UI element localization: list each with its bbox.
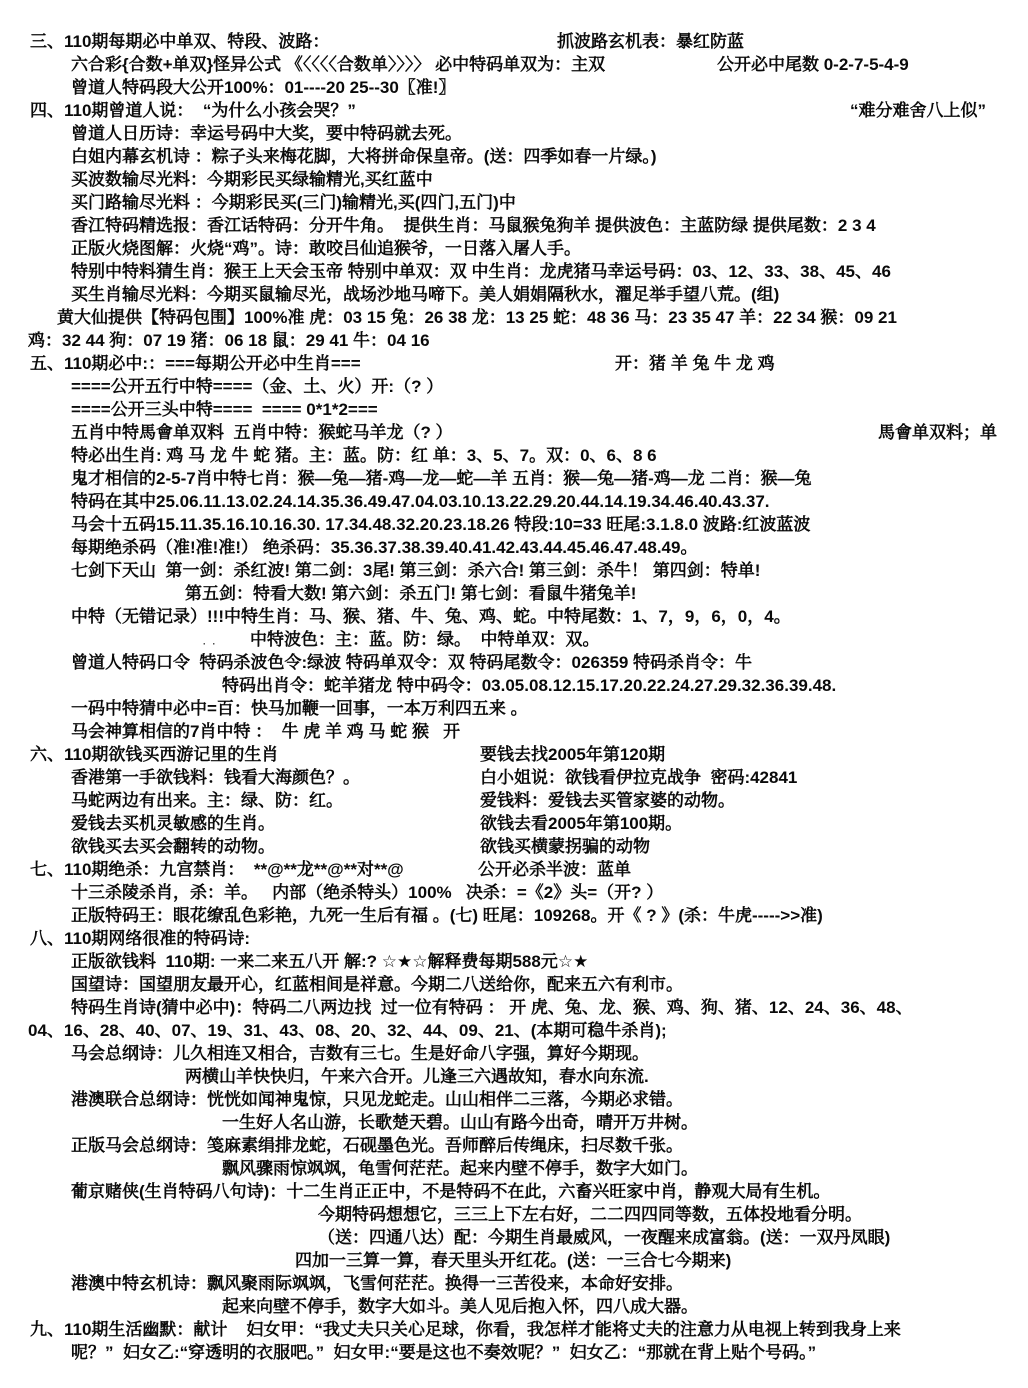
text-line-right: “难分难舍八上似” — [850, 99, 986, 122]
text-line: 两横山羊快快归，午来六合开。儿逢三六遇故知，春水向东流. — [0, 1065, 1028, 1088]
text-line: 特码在其中25.06.11.13.02.24.14.35.36.49.47.04… — [0, 490, 1028, 513]
text-line-left: 鬼才相信的2-5-7肖中特七肖：猴—兔—猪-鸡—龙—蛇—羊 五肖：猴—兔—猪-鸡… — [71, 467, 811, 490]
text-line: 香港第一手欲钱料：钱看大海颜色？。白小姐说：欲钱看伊拉克战争 密码:42841 — [0, 766, 1028, 789]
text-line-left: 六、110期欲钱买西游记里的生肖 — [30, 743, 278, 766]
text-line: 每期绝杀码（准!准!准!） 绝杀码：35.36.37.38.39.40.41.4… — [0, 536, 1028, 559]
text-line-left: 欲钱买去买会翻转的动物。 — [71, 835, 275, 858]
text-line-left: 第五剑：特看大数! 第六剑：杀五门! 第七剑：看鼠牛猪兔羊! — [185, 582, 636, 605]
text-line: 中特波色：主：蓝。防：绿。 中特单双：双。 — [0, 628, 1028, 651]
text-line-right: 要钱去找2005年第120期 — [480, 743, 665, 766]
text-line: 白姐内幕玄机诗 ：粽子头来梅花脚，大将拼命保皇帝。(送：四季如春一片绿。) — [0, 145, 1028, 168]
text-line: 买生肖输尽光料：今期买鼠输尽光，战场沙地马啼下。美人娟娟隔秋水，濯足举手望八荒。… — [0, 283, 1028, 306]
text-line-left: 中特波色：主：蓝。防：绿。 中特单双：双。 — [250, 628, 599, 651]
text-line-left: 香港第一手欲钱料：钱看大海颜色？。 — [71, 766, 360, 789]
text-line-left: 正版火烧图解：火烧“鸡”。诗：敢咬吕仙追猴爷，一日落入屠人手。 — [71, 237, 581, 260]
text-line: 买波数输尽光料：今期彩民买绿输精光,买红蓝中 — [0, 168, 1028, 191]
text-line-left: 黄大仙提供【特码包围】100%准 虎：03 15 兔：26 38 龙：13 25… — [57, 306, 897, 329]
text-line: 六、110期欲钱买西游记里的生肖要钱去找2005年第120期 — [0, 743, 1028, 766]
text-line-left: 一生好人名山游，长歌楚天碧。山山有路今出奇，晴开万井树。 — [222, 1111, 698, 1134]
text-line: 特码生肖诗(猜中必中)：特码二八两边找 过一位有特码 ： 开 虎、兔、龙、猴、鸡… — [0, 996, 1028, 1019]
text-line-left: 中特（无错记录）!!!中特生肖：马、猴、猪、牛、兔、鸡、蛇。中特尾数：1、7，9… — [71, 605, 791, 628]
text-line: 六合彩{合数+单双}怪异公式 《〈〈〈〈合数单〉〉〉〉 必中特码单双为：主双公开… — [0, 53, 1028, 76]
text-line-left: ====公开五行中特====（金、土、火）开:（? ） — [71, 375, 443, 398]
section-nine: 九、110期生活幽默：献计 妇女甲：“我丈夫只关心足球，你看，我怎样才能将丈夫的… — [0, 1318, 1028, 1364]
text-line-left: 马会总纲诗：儿久相连又相合，吉数有三七。生是好命八字强，算好今期现。 — [71, 1042, 649, 1065]
text-line-left: 买门路输尽光料 ：今期彩民买(三门)输精光,买(四门,五门)中 — [71, 191, 516, 214]
text-line-left: 国望诗：国望朋友最开心，红蓝相间是祥意。今期二八送给你，配来五六有利市。 — [71, 973, 683, 996]
text-line-left: 特码生肖诗(猜中必中)：特码二八两边找 过一位有特码 ： 开 虎、兔、龙、猴、鸡… — [71, 996, 913, 1019]
text-line-left: 八、110期网络很准的特码诗: — [30, 927, 250, 950]
section-seven: 七、110期绝杀：九宫禁肖： **@**龙**@**对**@公开必杀半波：蓝单十… — [0, 858, 1028, 927]
text-line-right: 白小姐说：欲钱看伊拉克战争 密码:42841 — [480, 766, 797, 789]
text-line: 港澳中特玄机诗：飘风聚雨际飒飒，飞雪何茫茫。换得一三苦役来，本命好安排。 — [0, 1272, 1028, 1295]
text-line: 港澳联合总纲诗：恍恍如闻神鬼惊，只见龙蛇走。山山相伴二三落，今期必求错。 — [0, 1088, 1028, 1111]
text-line: 第五剑：特看大数! 第六剑：杀五门! 第七剑：看鼠牛猪兔羊! — [0, 582, 1028, 605]
section-six: 六、110期欲钱买西游记里的生肖要钱去找2005年第120期香港第一手欲钱料：钱… — [0, 743, 1028, 858]
lottery-tips-page: 三、110期每期必中单双、特段、波路：抓波路玄机表：暴红防蓝六合彩{合数+单双}… — [0, 0, 1028, 1388]
text-line: 飘风骤雨惊飒飒，龟雪何茫茫。起来内壁不停手，数字大如门。 — [0, 1157, 1028, 1180]
text-line-left: 买生肖输尽光料：今期买鼠输尽光，战场沙地马啼下。美人娟娟隔秋水，濯足举手望八荒。… — [71, 283, 779, 306]
text-line: ====公开三头中特==== ==== 0*1*2=== — [0, 398, 1028, 421]
text-line: 三、110期每期必中单双、特段、波路：抓波路玄机表：暴红防蓝 — [0, 30, 1028, 53]
text-line: 欲钱买去买会翻转的动物。欲钱买横蒙拐骗的动物 — [0, 835, 1028, 858]
text-line-left: 买波数输尽光料：今期彩民买绿输精光,买红蓝中 — [71, 168, 433, 191]
section-four: 四、110期曾道人说： “为什么小孩会哭？”“难分难舍八上似”曾道人日历诗：幸运… — [0, 99, 1028, 352]
text-line-left: 正版马会总纲诗：笺麻素绢排龙蛇，石砚墨色光。吾师醉后传绳床，扫尽数千张。 — [71, 1134, 683, 1157]
text-line: 曾道人特码段大公开100%：01----20 25--30〖准!〗 — [0, 76, 1028, 99]
text-line-left: 特码出肖令：蛇羊猪龙 特中码令：03.05.08.12.15.17.20.22.… — [222, 674, 836, 697]
text-line-right: 公开必中尾数 0-2-7-5-4-9 — [717, 53, 909, 76]
text-line-left: 马会十五码15.11.35.16.10.16.30. 17.34.48.32.2… — [71, 513, 810, 536]
text-line-left: 马会神算相信的7肖中特 ： 牛 虎 羊 鸡 马 蛇 猴 开 — [71, 720, 460, 743]
text-line-left: 特码在其中25.06.11.13.02.24.14.35.36.49.47.04… — [71, 490, 770, 513]
text-line: 正版火烧图解：火烧“鸡”。诗：敢咬吕仙追猴爷，一日落入屠人手。 — [0, 237, 1028, 260]
text-line-left: 曾道人特码段大公开100%：01----20 25--30〖准!〗 — [71, 76, 455, 99]
text-line-left: 五、110期必中:：===每期公开必中生肖=== — [30, 352, 361, 375]
text-line-left: ====公开三头中特==== ==== 0*1*2=== — [71, 398, 378, 421]
text-line-left: 葡京赌侠(生肖特码八句诗)：十二生肖正正中，不是特码不在此，六畜兴旺家中肖，静观… — [71, 1180, 830, 1203]
text-line: 马会总纲诗：儿久相连又相合，吉数有三七。生是好命八字强，算好今期现。 — [0, 1042, 1028, 1065]
text-line: 十三杀陵杀肖，杀：羊。 内部（绝杀特头）100% 决杀：=《2》头=（开? ） — [0, 881, 1028, 904]
text-line-left: 四加一三算一算，春天里头开红花。(送：一三合七今期来) — [295, 1249, 731, 1272]
text-line-left: 特别中特料猜生肖：猴王上天会玉帝 特别中单双：双 中生肖：龙虎猪马幸运号码：03… — [71, 260, 891, 283]
text-line-left: 五肖中特馬會单双料 五肖中特：猴蛇马羊龙（? ） — [71, 421, 453, 444]
document-lines: 三、110期每期必中单双、特段、波路：抓波路玄机表：暴红防蓝六合彩{合数+单双}… — [0, 30, 1028, 1364]
section-eight: 八、110期网络很准的特码诗:正版欲钱料 110期: 一来二来五八开 解:? ☆… — [0, 927, 1028, 1318]
text-line: 四、110期曾道人说： “为什么小孩会哭？”“难分难舍八上似” — [0, 99, 1028, 122]
text-line-left: 呢？” 妇女乙:“穿透明的衣服吧。” 妇女甲:“要是这也不奏效呢？” 妇女乙：“… — [71, 1341, 816, 1364]
text-line-left: 十三杀陵杀肖，杀：羊。 内部（绝杀特头）100% 决杀：=《2》头=（开? ） — [71, 881, 663, 904]
section-three: 三、110期每期必中单双、特段、波路：抓波路玄机表：暴红防蓝六合彩{合数+单双}… — [0, 30, 1028, 99]
text-line: 特码出肖令：蛇羊猪龙 特中码令：03.05.08.12.15.17.20.22.… — [0, 674, 1028, 697]
text-line: 爱钱去买机灵敏感的生肖。欲钱去看2005年第100期。 — [0, 812, 1028, 835]
text-line: 一生好人名山游，长歌楚天碧。山山有路今出奇，晴开万井树。 — [0, 1111, 1028, 1134]
text-line: 中特（无错记录）!!!中特生肖：马、猴、猪、牛、兔、鸡、蛇。中特尾数：1、7，9… — [0, 605, 1028, 628]
text-line-right: 欲钱买横蒙拐骗的动物 — [480, 835, 650, 858]
text-line-right: 欲钱去看2005年第100期。 — [480, 812, 682, 835]
text-line-left: 香江特码精选报：香江话特码：分开牛角。 提供生肖：马鼠猴兔狗羊 提供波色：主蓝防… — [71, 214, 876, 237]
text-line: 马会十五码15.11.35.16.10.16.30. 17.34.48.32.2… — [0, 513, 1028, 536]
text-line-left: （送：四通八达）配：今期生肖最威风，一夜醒来成富翁。(送：一双丹凤眼) — [318, 1226, 890, 1249]
text-line: 香江特码精选报：香江话特码：分开牛角。 提供生肖：马鼠猴兔狗羊 提供波色：主蓝防… — [0, 214, 1028, 237]
text-line: 特必出生肖: 鸡 马 龙 牛 蛇 猪。主：蓝。防：红 单：3、5、7。双：0、6… — [0, 444, 1028, 467]
text-line: 黄大仙提供【特码包围】100%准 虎：03 15 兔：26 38 龙：13 25… — [0, 306, 1028, 329]
text-line-left: 特必出生肖: 鸡 马 龙 牛 蛇 猪。主：蓝。防：红 单：3、5、7。双：0、6… — [71, 444, 657, 467]
text-line: 国望诗：国望朋友最开心，红蓝相间是祥意。今期二八送给你，配来五六有利市。 — [0, 973, 1028, 996]
text-line-left: 起来向壁不停手，数字大如斗。美人见后抱入怀，四八成大器。 — [222, 1295, 698, 1318]
text-line-left: 白姐内幕玄机诗 ：粽子头来梅花脚，大将拼命保皇帝。(送：四季如春一片绿。) — [71, 145, 657, 168]
text-line: 八、110期网络很准的特码诗: — [0, 927, 1028, 950]
text-line: 04、16、28、40、07、19、31、43、08、20、32、44、09、2… — [0, 1019, 1028, 1042]
text-line-left: 马蛇两边有出来。主：绿、防：红。 — [71, 789, 343, 812]
text-line: 买门路输尽光料 ：今期彩民买(三门)输精光,买(四门,五门)中 — [0, 191, 1028, 214]
text-line: 呢？” 妇女乙:“穿透明的衣服吧。” 妇女甲:“要是这也不奏效呢？” 妇女乙：“… — [0, 1341, 1028, 1364]
text-line-left: 七、110期绝杀：九宫禁肖： **@**龙**@**对**@ — [30, 858, 404, 881]
section-five: 五、110期必中:：===每期公开必中生肖===开：猪 羊 兔 牛 龙 鸡===… — [0, 352, 1028, 743]
text-line: 正版特码王：眼花缭乱色彩艳，九死一生后有福 。(七) 旺尾：109268。开《 … — [0, 904, 1028, 927]
text-line-left: 三、110期每期必中单双、特段、波路： — [30, 30, 329, 53]
text-line-left: 每期绝杀码（准!准!准!） 绝杀码：35.36.37.38.39.40.41.4… — [71, 536, 697, 559]
text-line: 一码中特猜中必中=百：快马加鞭一回事，一本万利四五来 。 — [0, 697, 1028, 720]
text-line-left: 曾道人日历诗：幸运号码中大奖，要中特码就去死。 — [71, 122, 462, 145]
text-line-right: 抓波路玄机表：暴红防蓝 — [557, 30, 744, 53]
text-line: ====公开五行中特====（金、土、火）开:（? ） — [0, 375, 1028, 398]
text-line: 正版马会总纲诗：笺麻素绢排龙蛇，石砚墨色光。吾师醉后传绳床，扫尽数千张。 — [0, 1134, 1028, 1157]
text-line-left: 04、16、28、40、07、19、31、43、08、20、32、44、09、2… — [28, 1019, 667, 1042]
text-line: 四加一三算一算，春天里头开红花。(送：一三合七今期来) — [0, 1249, 1028, 1272]
text-line-left: 一码中特猜中必中=百：快马加鞭一回事，一本万利四五来 。 — [71, 697, 528, 720]
text-line: 今期特码想想它，三三上下左右好，二二四四同等数，五体投地看分明。 — [0, 1203, 1028, 1226]
text-line: 特别中特料猜生肖：猴王上天会玉帝 特别中单双：双 中生肖：龙虎猪马幸运号码：03… — [0, 260, 1028, 283]
text-line-left: 鸡：32 44 狗：07 19 猪：06 18 鼠：29 41 牛：04 16 — [28, 329, 430, 352]
text-line: 五、110期必中:：===每期公开必中生肖===开：猪 羊 兔 牛 龙 鸡 — [0, 352, 1028, 375]
text-line-left: 爱钱去买机灵敏感的生肖。 — [71, 812, 275, 835]
text-line-left: 正版欲钱料 110期: 一来二来五八开 解:? ☆★☆解释费每期588元☆★ — [71, 950, 588, 973]
text-line: 马蛇两边有出来。主：绿、防：红。爱钱料：爱钱去买管家婆的动物。 — [0, 789, 1028, 812]
text-line: 七剑下天山 第一剑：杀红波! 第二剑：3尾! 第三剑：杀六合! 第三剑：杀牛！ … — [0, 559, 1028, 582]
text-line-left: 六合彩{合数+单双}怪异公式 《〈〈〈〈合数单〉〉〉〉 必中特码单双为：主双 — [71, 53, 605, 76]
text-line-left: 飘风骤雨惊飒飒，龟雪何茫茫。起来内壁不停手，数字大如门。 — [222, 1157, 698, 1180]
text-line-left: 九、110期生活幽默：献计 妇女甲：“我丈夫只关心足球，你看，我怎样才能将丈夫的… — [30, 1318, 901, 1341]
text-line: 正版欲钱料 110期: 一来二来五八开 解:? ☆★☆解释费每期588元☆★ — [0, 950, 1028, 973]
text-line-right: 馬會单双料；单 — [878, 421, 997, 444]
text-line: 五肖中特馬會单双料 五肖中特：猴蛇马羊龙（? ）馬會单双料；单 — [0, 421, 1028, 444]
text-line-right: 公开必杀半波：蓝单 — [478, 858, 631, 881]
text-line: 七、110期绝杀：九宫禁肖： **@**龙**@**对**@公开必杀半波：蓝单 — [0, 858, 1028, 881]
text-line-left: 七剑下天山 第一剑：杀红波! 第二剑：3尾! 第三剑：杀六合! 第三剑：杀牛！ … — [71, 559, 760, 582]
text-line-right: 开：猪 羊 兔 牛 龙 鸡 — [615, 352, 775, 375]
text-line: 起来向壁不停手，数字大如斗。美人见后抱入怀，四八成大器。 — [0, 1295, 1028, 1318]
text-line-right: 爱钱料：爱钱去买管家婆的动物。 — [480, 789, 735, 812]
text-line: 九、110期生活幽默：献计 妇女甲：“我丈夫只关心足球，你看，我怎样才能将丈夫的… — [0, 1318, 1028, 1341]
text-line-left: 曾道人特码口令 特码杀波色令:绿波 特码单双令：双 特码尾数令：026359 特… — [71, 651, 752, 674]
text-line: 鸡：32 44 狗：07 19 猪：06 18 鼠：29 41 牛：04 16 — [0, 329, 1028, 352]
text-line-left: 港澳联合总纲诗：恍恍如闻神鬼惊，只见龙蛇走。山山相伴二三落，今期必求错。 — [71, 1088, 683, 1111]
text-line-left: 正版特码王：眼花缭乱色彩艳，九死一生后有福 。(七) 旺尾：109268。开《 … — [71, 904, 823, 927]
text-line: 葡京赌侠(生肖特码八句诗)：十二生肖正正中，不是特码不在此，六畜兴旺家中肖，静观… — [0, 1180, 1028, 1203]
text-line-left: 今期特码想想它，三三上下左右好，二二四四同等数，五体投地看分明。 — [318, 1203, 862, 1226]
text-line: 鬼才相信的2-5-7肖中特七肖：猴—兔—猪-鸡—龙—蛇—羊 五肖：猴—兔—猪-鸡… — [0, 467, 1028, 490]
text-line-left: 港澳中特玄机诗：飘风聚雨际飒飒，飞雪何茫茫。换得一三苦役来，本命好安排。 — [71, 1272, 683, 1295]
text-line: 马会神算相信的7肖中特 ： 牛 虎 羊 鸡 马 蛇 猴 开 — [0, 720, 1028, 743]
text-line: （送：四通八达）配：今期生肖最威风，一夜醒来成富翁。(送：一双丹凤眼) — [0, 1226, 1028, 1249]
text-line: 曾道人特码口令 特码杀波色令:绿波 特码单双令：双 特码尾数令：026359 特… — [0, 651, 1028, 674]
text-line-left: 两横山羊快快归，午来六合开。儿逢三六遇故知，春水向东流. — [185, 1065, 649, 1088]
text-line-left: 四、110期曾道人说： “为什么小孩会哭？” — [30, 99, 356, 122]
text-line: 曾道人日历诗：幸运号码中大奖，要中特码就去死。 — [0, 122, 1028, 145]
stray-mark: · · — [203, 639, 218, 649]
